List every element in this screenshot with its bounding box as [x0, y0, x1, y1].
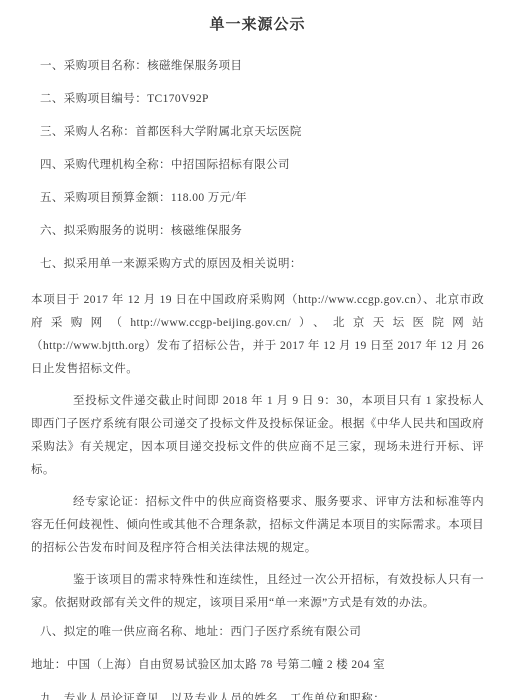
field-sole-supplier: 八、拟定的唯一供应商名称、地址：西门子医疗系统有限公司: [31, 624, 484, 640]
field-expert-opinion-heading: 九、专业人员论证意见，以及专业人员的姓名、工作单位和职称：: [31, 691, 484, 700]
field-agency-name: 四、采购代理机构全称：中招国际招标有限公司: [31, 157, 484, 173]
field-service-description: 六、拟采购服务的说明：核磁维保服务: [31, 223, 484, 239]
field-supplier-address: 地址：中国（上海）自由贸易试验区加太路 78 号第二幢 2 楼 204 室: [31, 657, 484, 673]
field-single-source-reason-heading: 七、拟采用单一来源采购方式的原因及相关说明：: [31, 256, 484, 272]
document-title: 单一来源公示: [31, 13, 484, 34]
paragraph-expert-review: 经专家论证：招标文件中的供应商资格要求、服务要求、评审方法和标准等内容无任何歧视…: [31, 491, 484, 560]
paragraph-tender-publication: 本项目于 2017 年 12 月 19 日在中国政府采购网（http://www…: [31, 289, 484, 381]
paragraph-single-source-conclusion: 鉴于该项目的需求特殊性和连续性，且经过一次公开招标，有效投标人只有一家。依据财政…: [31, 569, 484, 615]
field-project-name: 一、采购项目名称：核磁维保服务项目: [31, 58, 484, 74]
announcement-document: 单一来源公示 一、采购项目名称：核磁维保服务项目 二、采购项目编号：TC170V…: [0, 0, 514, 700]
field-project-number: 二、采购项目编号：TC170V92P: [31, 91, 484, 107]
field-budget-amount: 五、采购项目预算金额：118.00 万元/年: [31, 190, 484, 206]
paragraph-bid-deadline: 至投标文件递交截止时间即 2018 年 1 月 9 日 9：30，本项目只有 1…: [31, 390, 484, 482]
field-purchaser-name: 三、采购人名称：首都医科大学附属北京天坛医院: [31, 124, 484, 140]
